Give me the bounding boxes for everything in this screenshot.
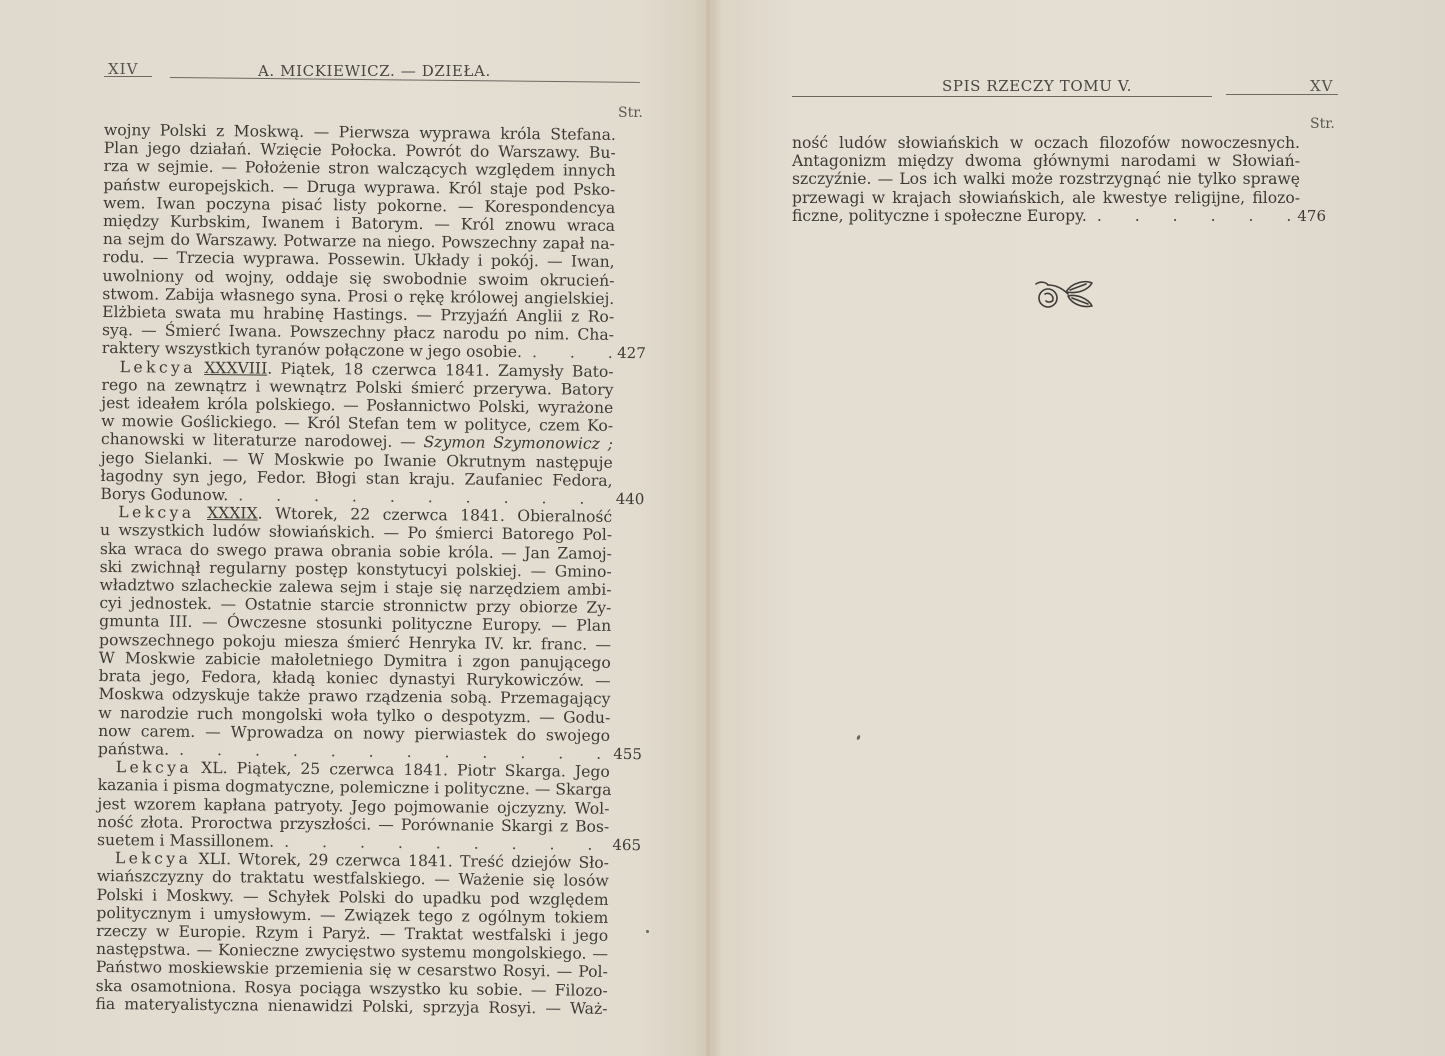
- toc-page-number[interactable]: 440: [616, 490, 645, 508]
- toc-entry: ność ludów słowiańskich w oczach filozof…: [792, 134, 1300, 225]
- toc-line: suetem i Massillonem.: [97, 831, 274, 851]
- toc-line-text: chanowski w literaturze narodowej. —: [101, 430, 416, 451]
- toc-entry-lekcya-xl: Lekcya XL. Piątek, 25 czerwca 1841. Piot…: [97, 758, 610, 854]
- right-running-head: SPIS RZECZY TOMU V.: [942, 77, 1132, 95]
- book-spread: XIV A. MICKIEWICZ. — DZIEŁA. Str. wojny …: [0, 0, 1445, 1056]
- lekcya-label: Lekcya: [116, 758, 192, 777]
- toc-page-number[interactable]: 455: [613, 745, 642, 763]
- lekcya-label: Lekcya: [118, 503, 194, 522]
- toc-line: przewagi w krajach słowiańskich, ale kwe…: [792, 189, 1300, 207]
- lekcya-label: Lekcya: [115, 849, 191, 868]
- toc-line: fia materyalistyczna nienawidzi Polski, …: [95, 995, 607, 1018]
- paper-speck: [646, 930, 649, 933]
- right-str-label: Str.: [1310, 116, 1335, 132]
- toc-line: Antagonizm między dwoma głównymi narodam…: [792, 152, 1300, 170]
- toc-page-number[interactable]: 427: [617, 344, 646, 362]
- toc-page-number[interactable]: 465: [612, 836, 641, 854]
- toc-leader-line: ficzne, polityczne i społeczne Europy. .…: [792, 207, 1300, 225]
- toc-entry-lekcya-xli: Lekcya XLI. Wtorek, 29 czerwca 1841. Tre…: [95, 849, 609, 1018]
- toc-page-number[interactable]: 476: [1297, 207, 1326, 225]
- toc-line: Borys Godunow.: [100, 485, 228, 504]
- lecture-number: XLI: [198, 850, 226, 868]
- toc-line: szczyźnie. — Los ich walki może rozstrzy…: [792, 170, 1300, 188]
- paper-speck: [856, 735, 861, 741]
- italic-author-name: Szymon Szymonowicz ;: [423, 434, 613, 454]
- right-head-rule-short: [1226, 94, 1338, 95]
- toc-entry-lekcya-xxxviii: Lekcya XXXVIII. Piątek, 18 czerwca 1841.…: [100, 358, 613, 509]
- lecture-number: XXXIX: [207, 504, 258, 522]
- lekcya-label: Lekcya: [120, 358, 196, 377]
- right-folio: XV: [1310, 77, 1334, 95]
- lecture-number: XL: [201, 759, 223, 777]
- dot-leader: . . . . . . . . . . . . . . . . . . . . …: [522, 343, 614, 362]
- lecture-number: XXXVIII: [204, 359, 267, 378]
- fruit-branch-ornament-icon: [1032, 276, 1096, 312]
- left-head-rule-short: [104, 76, 152, 77]
- toc-line: ficzne, polityczne i społeczne Europy.: [792, 207, 1087, 225]
- toc-entry: wojny Polski z Moskwą. — Pierwsza wypraw…: [102, 121, 616, 363]
- toc-line: ność ludów słowiańskich w oczach filozof…: [792, 134, 1300, 152]
- left-toc: wojny Polski z Moskwą. — Pierwsza wypraw…: [95, 121, 616, 1018]
- dot-leader: . . . . . . . . . . . . . . . . .: [1087, 207, 1300, 225]
- right-toc: ność ludów słowiańskich w oczach filozof…: [792, 134, 1300, 225]
- left-page: XIV A. MICKIEWICZ. — DZIEŁA. Str. wojny …: [0, 0, 706, 1056]
- toc-entry-lekcya-xxxix: Lekcya XXXIX. Wtorek, 22 czerwca 1841. O…: [98, 503, 612, 763]
- right-head-rule: [792, 96, 1212, 97]
- right-page: SPIS RZECZY TOMU V. XV Str. ność ludów s…: [710, 0, 1445, 1056]
- toc-line: państwa.: [98, 740, 169, 759]
- left-str-label: Str.: [618, 105, 643, 121]
